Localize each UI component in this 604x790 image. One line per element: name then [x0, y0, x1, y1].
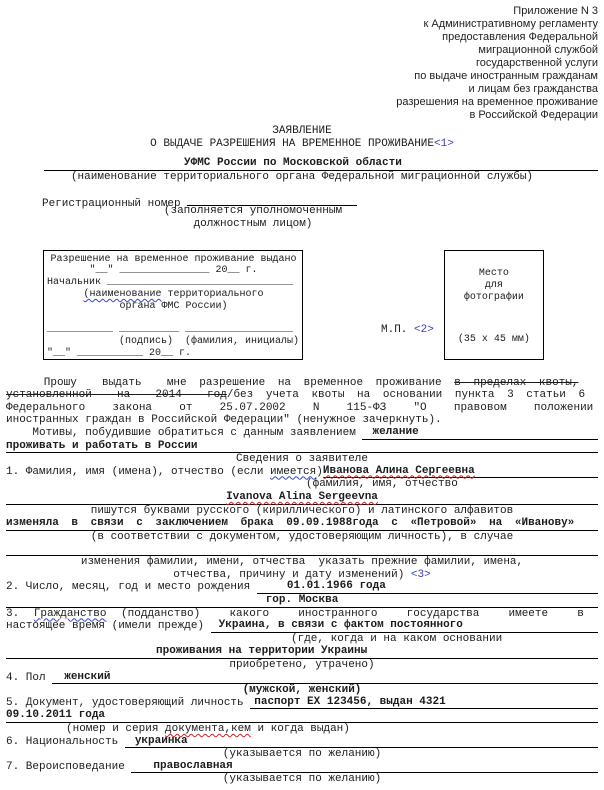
stamp-area: М.П. <2>	[381, 324, 434, 336]
item7-religion-row: 7. Вероисповедание православная	[6, 761, 598, 774]
spellcheck-squiggle: документа,кем	[165, 723, 251, 735]
nationality-field[interactable]: украинка	[125, 735, 598, 749]
signature-blanks[interactable]: ___________ __________ _________________…	[47, 324, 300, 336]
item4-label: 4. Пол	[6, 672, 52, 685]
identity-document-field[interactable]: паспорт ЕХ 123456, выдан 4321	[250, 696, 598, 710]
name-change-field[interactable]: изменяла в связи с заключением брака 09.…	[6, 517, 598, 531]
request-line3: Федерального закона от 25.07.2002 N 115-…	[6, 402, 598, 415]
registration-caption-line2: должностным лицом)	[6, 218, 500, 231]
birth-place-field[interactable]: гор. Москва	[6, 594, 598, 608]
item2-birth-row: 2. Число, месяц, год и место рождения 01…	[6, 581, 598, 594]
form-title-line2: О ВЫДАЧЕ РАЗРЕШЕНИЯ НА ВРЕМЕННОЕ ПРОЖИВА…	[6, 138, 598, 151]
request-paragraph: Прошу выдать мне разрешение на временное…	[6, 377, 598, 427]
item6-nationality-row: 6. Национальность украинка	[6, 736, 598, 749]
item1-caption2: пишутся буквами русского (кириллического…	[6, 505, 598, 518]
registration-number-field[interactable]	[187, 193, 357, 206]
name-cyrillic-field[interactable]: Иванова Алина Сергеевна	[323, 465, 598, 479]
item4-sex-row: 4. Пол женский	[6, 672, 598, 685]
struck-quota-text: в пределах квоты,	[454, 377, 578, 389]
header-note-line: в Российской Федерации	[6, 109, 598, 122]
chief-label: Начальник	[47, 277, 107, 288]
box-caption-rest: территориального	[161, 289, 263, 300]
motives-label: Мотивы, побудившие обратиться с данным з…	[6, 427, 362, 440]
item2-label: 2. Число, месяц, год и место рождения	[6, 581, 257, 594]
header-note-line: и лицам без гражданства	[6, 83, 598, 96]
chief-field[interactable]: _______________________________	[107, 277, 293, 288]
item6-label: 6. Национальность	[6, 736, 125, 749]
photo-box: Место для фотографии (35 x 45 мм)	[444, 250, 544, 360]
request-text2: /без учета квоты на основании пункта 3 с…	[227, 389, 585, 401]
header-note-line: разрешения на временное проживание	[6, 96, 598, 109]
authority-caption: (наименование территориального органа Фе…	[6, 171, 598, 184]
form-title-line1: ЗАЯВЛЕНИЕ	[6, 125, 598, 138]
photo-box-line2: для	[485, 280, 503, 292]
grammar-squiggle: имеется	[270, 466, 316, 478]
header-note-line: к Административному регламенту	[6, 18, 598, 31]
chief-line: Начальник ______________________________…	[47, 277, 300, 289]
header-note-line: государственной услуги	[6, 57, 598, 70]
item7-label: 7. Вероисповедание	[6, 761, 131, 774]
item5-label: 5. Документ, удостоверяющий личность	[6, 697, 250, 710]
photo-box-line3: фотографии	[464, 292, 524, 304]
spellcheck-squiggle: Иванова Алина Сергеевна	[323, 465, 475, 477]
item1-caption3: (в соответствии с документом, удостоверя…	[6, 531, 598, 544]
box-caption-line1: (наименование территориального	[47, 289, 300, 301]
item3-citizenship-row: настоящее время (имели прежде) Украина, …	[6, 620, 598, 633]
footnote-ref-2[interactable]: <2>	[414, 324, 434, 336]
item1-label: 1. Фамилия, имя (имена), отчество (если …	[6, 466, 323, 479]
photo-size-note: (35 x 45 мм)	[458, 334, 530, 359]
footnote-ref-1[interactable]: <1>	[434, 138, 454, 150]
request-line1: Прошу выдать мне разрешение на временное…	[6, 377, 598, 390]
name-latin-field[interactable]: Ivanova Alina Sergeevna	[6, 491, 598, 505]
identity-document-field-line2[interactable]: 09.10.2011 года	[6, 709, 598, 723]
permit-issued-box: Разрешение на временное проживание выдан…	[43, 250, 303, 360]
item1-caption1: (фамилия, имя, отчество	[6, 478, 598, 491]
header-note-line: предоставления Федеральной	[6, 31, 598, 44]
item1-caption4: изменения фамилии, имени, отчества указа…	[6, 556, 598, 569]
header-note-line: Приложение N 3	[6, 5, 598, 18]
motives-field[interactable]: желание	[362, 426, 598, 440]
grammar-squiggle: Гражданство	[34, 608, 107, 620]
box-spacer	[47, 313, 300, 325]
header-note-line: по выдаче иностранным гражданам	[6, 70, 598, 83]
authority-field[interactable]: УФМС России по Московской области	[44, 157, 598, 171]
item1-name-row: 1. Фамилия, имя (имена), отчество (если …	[6, 466, 598, 479]
request-line2: установленной на 2014 год/без учета квот…	[6, 389, 598, 402]
item5-document-row: 5. Документ, удостоверяющий личность пас…	[6, 697, 598, 710]
spellcheck-squiggle: Ivanova Alina Sergeevna	[226, 491, 378, 503]
blank-line-field[interactable]	[6, 543, 598, 556]
item7-caption: (указывается по желанию)	[6, 773, 598, 786]
struck-quota-year: установленной на 2014 год	[6, 389, 227, 401]
permit-date-blank[interactable]: "__" _______________ 20__ г.	[47, 265, 300, 277]
form-title: ЗАЯВЛЕНИЕ О ВЫДАЧЕ РАЗРЕШЕНИЯ НА ВРЕМЕНН…	[6, 125, 598, 150]
motives-field-line2[interactable]: проживать и работать в России	[6, 440, 598, 454]
citizenship-field-line2[interactable]: проживания на территории Украины	[6, 645, 598, 659]
citizenship-field[interactable]: Украина, в связи с фактом постоянного	[211, 619, 598, 633]
stamp-label: М.П.	[381, 324, 414, 336]
application-form-page: Приложение N 3 к Административному регла…	[0, 0, 604, 790]
decision-section: Разрешение на временное проживание выдан…	[6, 250, 598, 360]
header-note-line: миграционной службой	[6, 44, 598, 57]
motives-row: Мотивы, побудившие обратиться с данным з…	[6, 427, 598, 440]
form-title-text: О ВЫДАЧЕ РАЗРЕШЕНИЯ НА ВРЕМЕННОЕ ПРОЖИВА…	[150, 138, 434, 150]
birth-date-field[interactable]: 01.01.1966 года	[257, 580, 598, 594]
sex-field[interactable]: женский	[52, 671, 598, 685]
signature-date-blank[interactable]: "__" ___________ 20__ г.	[47, 348, 300, 360]
signature-captions: (подпись) (фамилия, инициалы)	[47, 336, 300, 348]
box-caption-line2: органа ФМС России)	[47, 301, 300, 313]
religion-field[interactable]: православная	[131, 760, 598, 774]
box-caption-squiggle: (наименование	[83, 289, 161, 300]
item3-label-line2: настоящее время (имели прежде)	[6, 620, 211, 633]
footnote-ref-3[interactable]: <3>	[411, 569, 431, 581]
registration-number-row: Регистрационный номер	[6, 193, 598, 206]
request-text: Прошу выдать мне разрешение на временное…	[6, 377, 454, 389]
photo-box-line1: Место	[479, 268, 509, 280]
item3-caption1: (где, когда и на каком основании	[6, 633, 598, 646]
header-note: Приложение N 3 к Административному регла…	[6, 5, 598, 122]
permit-issued-line: Разрешение на временное проживание выдан…	[47, 254, 300, 266]
